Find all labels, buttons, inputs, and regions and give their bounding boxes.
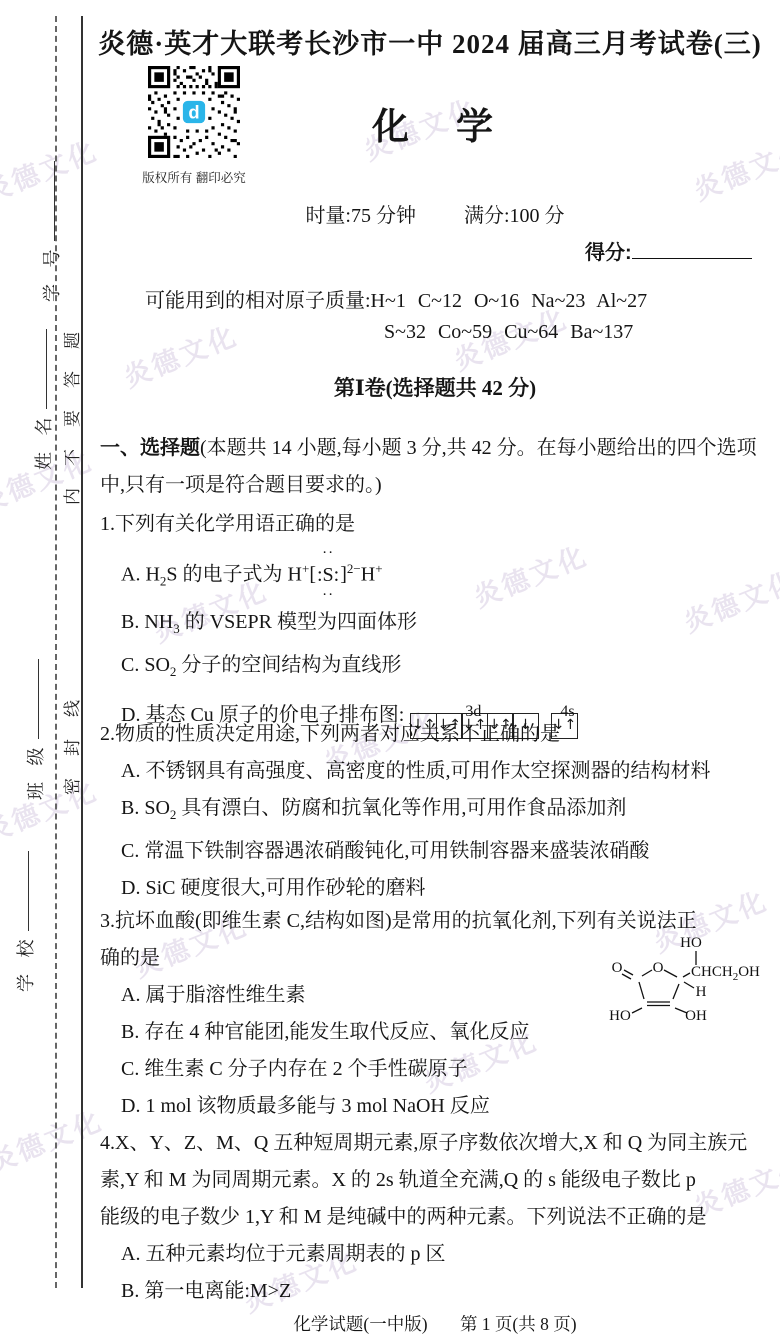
question-2: 2.物质的性质决定用途,下列两者对应关系不正确的是 A. 不锈钢具有高强度、高密… — [100, 716, 772, 907]
exam-meta-row: 时量:75 分钟 满分:100 分 — [100, 199, 770, 228]
score-info: 满分:100 分 — [464, 199, 565, 228]
field-school-label: 学 校 — [16, 934, 36, 993]
instruction-heading: 一、选择题 — [100, 437, 200, 459]
q3-option-d: D. 1 mol 该物质最多能与 3 mol NaOH 反应 — [121, 1088, 772, 1125]
footer-page-number: 第 1 页(共 8 页) — [460, 1314, 577, 1334]
q2-option-c: C. 常温下铁制容器遇浓硝酸钝化,可用铁制容器来盛装浓硝酸 — [121, 833, 772, 870]
atom-ho-top: HO — [680, 935, 702, 951]
atom-o-ring: O — [653, 960, 664, 976]
atom-oh-right: OH — [685, 1008, 707, 1024]
field-school: 学 校 — [12, 852, 38, 993]
field-name-blank — [45, 330, 47, 410]
field-name: 姓 名 — [30, 330, 56, 471]
q3-option-c: C. 维生素 C 分子内存在 2 个手性碳原子 — [121, 1051, 772, 1088]
q2-option-d: D. SiC 硬度很大,可用作砂轮的磨料 — [121, 870, 772, 907]
time-info: 时量:75 分钟 — [305, 199, 416, 228]
atom-ho-left: HO — [609, 1008, 631, 1024]
section1-title: 第Ⅰ卷(选择题共 42 分) — [100, 372, 770, 402]
exam-paper-page: 炎德文化 炎德文化 炎德文化 炎德文化 炎德文化 炎德文化 炎德文化 炎德文化 … — [0, 0, 780, 1344]
subject-title: 化 学 — [100, 96, 770, 150]
qr-caption: 版权所有 翻印必究 — [134, 168, 254, 186]
field-class-label: 班 级 — [26, 742, 46, 801]
question-1: 1.下列有关化学用语正确的是 A. H2S 的电子式为 H+[··:S:··]2… — [100, 506, 772, 742]
q2-stem: 2.物质的性质决定用途,下列两者对应关系不正确的是 — [100, 716, 772, 753]
atomic-masses-line2: S~32 Co~59 Cu~64 Ba~137 — [384, 321, 633, 344]
seal-text-lower: 密封线 — [58, 678, 83, 795]
field-class: 班 级 — [22, 660, 48, 801]
field-school-blank — [27, 852, 29, 932]
watermark: 炎德文化 — [0, 769, 103, 850]
q4-option-a: A. 五种元素均位于元素周期表的 p 区 — [121, 1236, 772, 1273]
seal-line-solid — [81, 16, 83, 1288]
question-4: 4.X、Y、Z、M、Q 五种短周期元素,原子序数依次增大,X 和 Q 为同主族元… — [100, 1125, 772, 1310]
q1-option-a: A. H2S 的电子式为 H+[··:S:··]2−H+ — [121, 543, 772, 600]
seal-text-upper: 内不要答题 — [58, 310, 83, 505]
q4-stem: 4.X、Y、Z、M、Q 五种短周期元素,原子序数依次增大,X 和 Q 为同主族元… — [100, 1125, 772, 1236]
exam-title: 炎德·英才大联考长沙市一中 2024 届高三月考试卷(三) — [90, 22, 770, 61]
q2-option-a: A. 不锈钢具有高强度、高密度的性质,可用作太空探测器的结构材料 — [121, 753, 772, 790]
q2-option-b: B. SO2 具有漂白、防腐和抗氧化等作用,可用作食品添加剂 — [121, 790, 772, 833]
atomic-masses-line1: 可能用到的相对原子质量:H~1 C~12 O~16 Na~23 Al~27 — [145, 284, 647, 313]
field-name-label: 姓 名 — [34, 412, 54, 471]
page-footer: 化学试题(一中版) 第 1 页(共 8 页) — [100, 1311, 770, 1336]
q1-stem: 1.下列有关化学用语正确的是 — [100, 506, 772, 543]
field-student-id-label: 学 号 — [42, 244, 62, 303]
score-row: 得分: — [585, 236, 752, 265]
q1-option-b: B. NH3 的 VSEPR 模型为四面体形 — [121, 600, 772, 647]
score-blank — [632, 254, 752, 259]
q1-option-c: C. SO2 分子的空间结构为直线形 — [121, 647, 772, 690]
atom-h: H — [696, 984, 707, 1000]
atom-o-carbonyl: O — [612, 960, 623, 976]
field-class-blank — [37, 660, 39, 740]
vitamin-c-structure: O O HO CHCH2OH H HO OH — [606, 930, 778, 1037]
field-student-id-blank — [53, 162, 55, 242]
score-label: 得分: — [585, 242, 632, 264]
side-chain: CHCH2OH — [691, 964, 760, 983]
section1-instruction: 一、选择题(本题共 14 小题,每小题 3 分,共 42 分。在每小题给出的四个… — [100, 430, 772, 504]
watermark: 炎德文化 — [0, 1099, 108, 1180]
field-student-id: 学 号 — [38, 162, 64, 303]
q4-option-b: B. 第一电离能:M>Z — [121, 1273, 772, 1310]
footer-doc-title: 化学试题(一中版) — [293, 1314, 427, 1334]
